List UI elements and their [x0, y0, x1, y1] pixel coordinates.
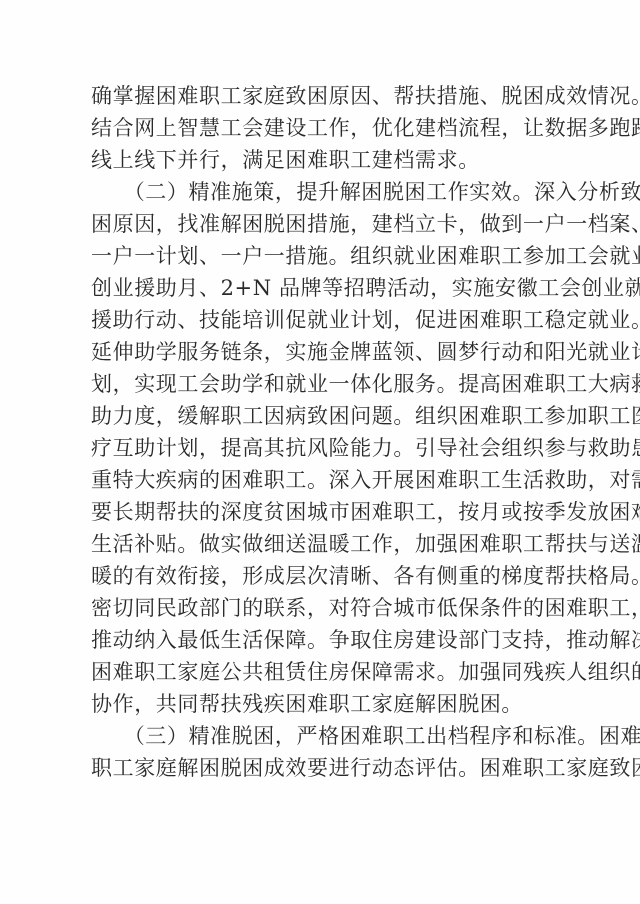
text-line: 协作，共同帮扶残疾困难职工家庭解困脱困。 — [91, 688, 541, 720]
text-line: 暖的有效衔接，形成层次清晰、各有侧重的梯度帮扶格局。 — [91, 560, 541, 592]
text-line: 助力度，缓解职工因病致困问题。组织困难职工参加职工医 — [91, 400, 541, 432]
text-line: 生活补贴。做实做细送温暖工作，加强困难职工帮扶与送温 — [91, 528, 541, 560]
text-line: 推动纳入最低生活保障。争取住房建设部门支持，推动解决 — [91, 624, 541, 656]
text-line: 援助行动、技能培训促就业计划，促进困难职工稳定就业。 — [91, 304, 541, 336]
section-heading-line: （三）精准脱困，严格困难职工出档程序和标准。困难 — [91, 720, 541, 752]
text-line: 疗互助计划，提高其抗风险能力。引导社会组织参与救助患 — [91, 432, 541, 464]
text-line: 要长期帮扶的深度贫困城市困难职工，按月或按季发放困难 — [91, 496, 541, 528]
text-line: 困难职工家庭公共租赁住房保障需求。加强同残疾人组织的 — [91, 656, 541, 688]
text-line: 确掌握困难职工家庭致困原因、帮扶措施、脱困成效情况。 — [91, 80, 541, 112]
document-body: 确掌握困难职工家庭致困原因、帮扶措施、脱困成效情况。 结合网上智慧工会建设工作，… — [91, 80, 541, 784]
text-line: 创业援助月、2+N 品牌等招聘活动，实施安徽工会创业就业 — [91, 272, 541, 304]
text-line: 划，实现工会助学和就业一体化服务。提高困难职工大病救 — [91, 368, 541, 400]
document-page: 确掌握困难职工家庭致困原因、帮扶措施、脱困成效情况。 结合网上智慧工会建设工作，… — [0, 0, 640, 904]
text-line: 困原因，找准解困脱困措施，建档立卡，做到一户一档案、 — [91, 208, 541, 240]
text-line: 密切同民政部门的联系，对符合城市低保条件的困难职工， — [91, 592, 541, 624]
text-line: 延伸助学服务链条，实施金牌蓝领、圆梦行动和阳光就业计 — [91, 336, 541, 368]
text-line: 职工家庭解困脱困成效要进行动态评估。困难职工家庭致困 — [91, 752, 541, 784]
text-line: 重特大疾病的困难职工。深入开展困难职工生活救助，对需 — [91, 464, 541, 496]
text-line: 一户一计划、一户一措施。组织就业困难职工参加工会就业 — [91, 240, 541, 272]
text-line: 结合网上智慧工会建设工作，优化建档流程，让数据多跑路， — [91, 112, 541, 144]
section-heading-line: （二）精准施策，提升解困脱困工作实效。深入分析致 — [91, 176, 541, 208]
text-line: 线上线下并行，满足困难职工建档需求。 — [91, 144, 541, 176]
